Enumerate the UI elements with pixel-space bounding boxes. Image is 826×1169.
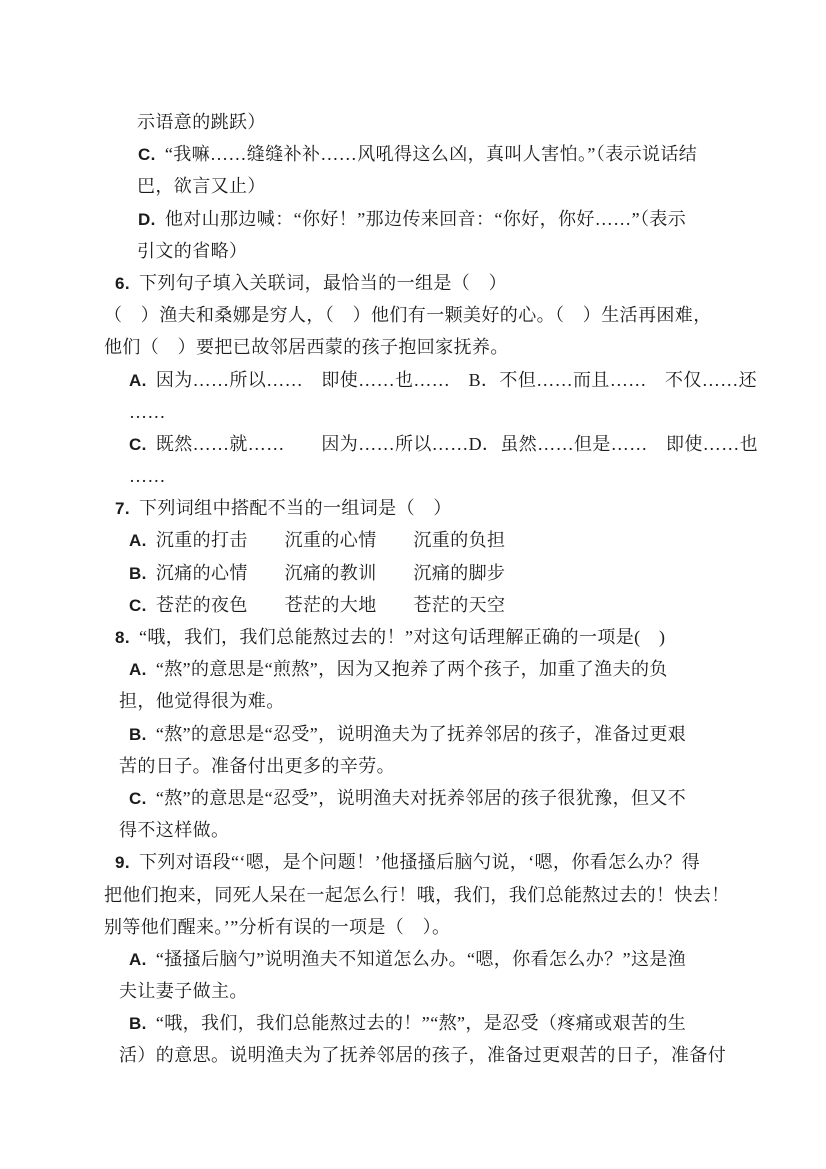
q8-optB-wrap: 苦的日子。准备付出更多的辛劳。 <box>119 750 826 782</box>
line-text: 把他们抱来，同死人呆在一起怎么行！哦，我们，我们总能熬过去的！快去！ <box>104 885 730 905</box>
line-text: （ ）渔夫和桑娜是穷人，（ ）他们有一颗美好的心。（ ）生活再困难， <box>104 305 712 325</box>
line-text: 巴，欲言又止） <box>137 176 266 196</box>
q6-options-ab-wrap: …… <box>129 396 826 428</box>
line-text: 下列句子填入关联词，最恰当的一组是（ ） <box>139 273 507 293</box>
document-body: 示语意的跳跃）C.“我嘛……缝缝补补……风吼得这么凶，真叫人害怕。”（表示说话结… <box>0 106 826 1072</box>
line-label: A. <box>129 371 147 390</box>
line-text: 引文的省略） <box>137 241 247 261</box>
line-text: “我嘛……缝缝补补……风吼得这么凶，真叫人害怕。”（表示说话结 <box>165 144 697 164</box>
line-label: 8. <box>115 628 130 647</box>
q5-optB-wrap: 示语意的跳跃） <box>137 106 826 138</box>
line-text: 下列词组中搭配不当的一组词是（ ） <box>139 498 452 518</box>
line-text: “熬”的意思是“煎熬”，因为又抱养了两个孩子，加重了渔夫的负 <box>156 659 668 679</box>
q7-optC: C.苍茫的夜色 苍茫的大地 苍茫的天空 <box>129 589 826 621</box>
line-text: 沉痛的心情 沉痛的教训 沉痛的脚步 <box>156 563 506 583</box>
q5-optD-wrap: 引文的省略） <box>137 235 826 267</box>
line-text: 担，他觉得很为难。 <box>119 691 285 711</box>
line-label: A. <box>129 531 147 550</box>
line-text: “熬”的意思是“忍受”，说明渔夫对抚养邻居的孩子很犹豫，但又不 <box>156 788 686 808</box>
line-text: 示语意的跳跃） <box>137 112 266 132</box>
line-label: 6. <box>115 274 130 293</box>
q8-optA-wrap: 担，他觉得很为难。 <box>119 685 826 717</box>
q8-optC: C.“熬”的意思是“忍受”，说明渔夫对抚养邻居的孩子很犹豫，但又不 <box>129 782 826 814</box>
line-text: …… <box>129 402 166 422</box>
line-label: C. <box>129 435 147 454</box>
q9-optA-wrap: 夫让妻子做主。 <box>119 975 826 1007</box>
q6-options-cd: C.既然……就…… 因为……所以……D．虽然……但是…… 即使……也 <box>129 428 826 460</box>
q5-optC-wrap: 巴，欲言又止） <box>137 170 826 202</box>
q6-options-cd-wrap: …… <box>129 460 826 492</box>
q8-optC-wrap: 得不这样做。 <box>119 814 826 846</box>
q9-stem-wrap-2: 别等他们醒来。’”分析有误的一项是（ ）。 <box>104 911 826 943</box>
q8-stem: 8.“哦，我们，我们总能熬过去的！”对这句话理解正确的一项是( ) <box>115 621 826 653</box>
q6-options-ab: A.因为……所以…… 即使……也…… B．不但……而且…… 不仅……还 <box>129 364 826 396</box>
q6-stem: 6.下列句子填入关联词，最恰当的一组是（ ） <box>115 267 826 299</box>
line-label: B. <box>129 1014 147 1033</box>
q9-optB-wrap: 活）的意思。说明渔夫为了抚养邻居的孩子，准备过更艰苦的日子，准备付 <box>119 1039 826 1071</box>
q9-stem-wrap-1: 把他们抱来，同死人呆在一起怎么行！哦，我们，我们总能熬过去的！快去！ <box>104 879 826 911</box>
line-text: 他对山那边喊：“你好！”那边传来回音：“你好，你好……”（表示 <box>165 209 686 229</box>
q7-optB: B.沉痛的心情 沉痛的教训 沉痛的脚步 <box>129 557 826 589</box>
q6-stem-wrap-1: （ ）渔夫和桑娜是穷人，（ ）他们有一颗美好的心。（ ）生活再困难， <box>104 299 826 331</box>
q9-stem: 9.下列对语段“‘嗯，是个问题！’他搔搔后脑勺说，‘嗯，你看怎么办？得 <box>115 846 826 878</box>
q7-optA: A.沉重的打击 沉重的心情 沉重的负担 <box>129 524 826 556</box>
line-text: 别等他们醒来。’”分析有误的一项是（ ）。 <box>104 917 450 937</box>
line-text: 他们（ ）要把已故邻居西蒙的孩子抱回家抚养。 <box>104 337 509 357</box>
line-text: “哦，我们，我们总能熬过去的！”“熬”，是忍受（疼痛或艰苦的生 <box>156 1013 686 1033</box>
q5-optC: C.“我嘛……缝缝补补……风吼得这么凶，真叫人害怕。”（表示说话结 <box>138 138 826 170</box>
line-label: 7. <box>115 499 130 518</box>
line-text: 沉重的打击 沉重的心情 沉重的负担 <box>156 530 506 550</box>
line-text: “搔搔后脑勺”说明渔夫不知道怎么办。“嗯，你看怎么办？”这是渔 <box>156 949 686 969</box>
q7-stem: 7.下列词组中搭配不当的一组词是（ ） <box>115 492 826 524</box>
line-text: 下列对语段“‘嗯，是个问题！’他搔搔后脑勺说，‘嗯，你看怎么办？得 <box>139 852 700 872</box>
q8-optA: A.“熬”的意思是“煎熬”，因为又抱养了两个孩子，加重了渔夫的负 <box>129 653 826 685</box>
line-text: 既然……就…… 因为……所以……D．虽然……但是…… 即使……也 <box>156 434 758 454</box>
line-text: …… <box>129 466 166 486</box>
line-text: 苦的日子。准备付出更多的辛劳。 <box>119 756 395 776</box>
line-label: A. <box>129 950 147 969</box>
q8-optB: B.“熬”的意思是“忍受”，说明渔夫为了抚养邻居的孩子，准备过更艰 <box>129 718 826 750</box>
q5-optD: D.他对山那边喊：“你好！”那边传来回音：“你好，你好……”（表示 <box>138 203 826 235</box>
line-label: C. <box>129 596 147 615</box>
q9-optB: B.“哦，我们，我们总能熬过去的！”“熬”，是忍受（疼痛或艰苦的生 <box>129 1007 826 1039</box>
q9-optA: A.“搔搔后脑勺”说明渔夫不知道怎么办。“嗯，你看怎么办？”这是渔 <box>129 943 826 975</box>
line-label: B. <box>129 725 147 744</box>
q6-stem-wrap-2: 他们（ ）要把已故邻居西蒙的孩子抱回家抚养。 <box>104 331 826 363</box>
line-text: “哦，我们，我们总能熬过去的！”对这句话理解正确的一项是( ) <box>139 627 665 647</box>
line-label: D. <box>138 210 156 229</box>
line-text: 因为……所以…… 即使……也…… B．不但……而且…… 不仅……还 <box>156 370 757 390</box>
line-text: 活）的意思。说明渔夫为了抚养邻居的孩子，准备过更艰苦的日子，准备付 <box>119 1045 726 1065</box>
line-text: “熬”的意思是“忍受”，说明渔夫为了抚养邻居的孩子，准备过更艰 <box>156 724 686 744</box>
line-text: 苍茫的夜色 苍茫的大地 苍茫的天空 <box>156 595 506 615</box>
line-label: B. <box>129 564 147 583</box>
line-label: A. <box>129 660 147 679</box>
document-page: 示语意的跳跃）C.“我嘛……缝缝补补……风吼得这么凶，真叫人害怕。”（表示说话结… <box>0 0 826 1169</box>
line-label: 9. <box>115 853 130 872</box>
line-label: C. <box>138 145 156 164</box>
line-text: 夫让妻子做主。 <box>119 981 248 1001</box>
line-label: C. <box>129 789 147 808</box>
line-text: 得不这样做。 <box>119 820 229 840</box>
